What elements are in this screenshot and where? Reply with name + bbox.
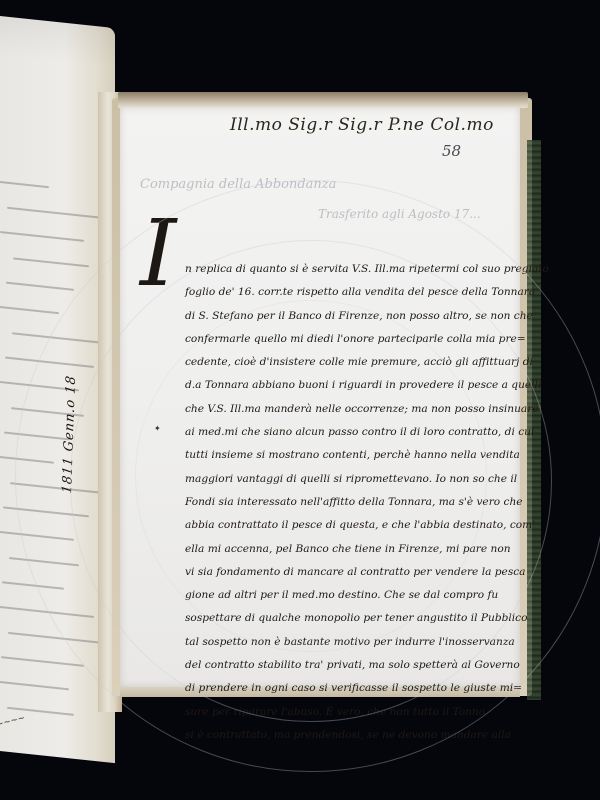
left-page-date-annotation: 1811 Genn.o 18 — [60, 374, 79, 494]
body-line: del contratto stabilito tra' privati, ma… — [185, 654, 530, 677]
left-page-faint-line — [2, 581, 64, 590]
left-page-faint-line — [0, 180, 49, 188]
left-page-faint-line — [9, 557, 79, 566]
left-page-faint-line — [12, 332, 109, 344]
left-page-shadow — [0, 15, 115, 68]
letter-salutation: Ill.mo Sig.r Sig.r P.ne Col.mo — [230, 115, 494, 135]
body-line: d.a Tonnara abbiano buoni i riguardi in … — [185, 374, 530, 397]
folio-number: 58 — [442, 142, 461, 160]
left-page-faint-line — [0, 606, 94, 618]
body-line: di prendere in ogni caso si verificasse … — [185, 677, 530, 700]
left-page-faint-line — [4, 431, 69, 440]
left-page-faint-line — [6, 282, 74, 291]
left-page-faint-line — [0, 231, 84, 242]
body-line: foglio de' 16. corr.te rispetto alla ven… — [185, 281, 530, 304]
left-page-faint-line — [0, 531, 74, 541]
body-line: vi sia fondamento di mancare al contratt… — [185, 561, 530, 584]
letter-body: n replica di quanto si è servita V.S. Il… — [185, 258, 530, 747]
left-page-faint-line — [13, 257, 89, 267]
body-line: n replica di quanto si è servita V.S. Il… — [185, 258, 530, 281]
body-line: sure per riparare l'abuso. È vero, che n… — [185, 701, 530, 724]
body-line: di S. Stefano per il Banco di Firenze, n… — [185, 305, 530, 328]
manuscript-photo: 1811 Genn.o 18 ~~~~ Ill.mo Sig.r Sig.r P… — [0, 0, 600, 800]
page-top-edge — [118, 92, 528, 108]
left-page-faint-line — [0, 680, 69, 690]
body-line: tal sospetto non è bastante motivo per i… — [185, 631, 530, 654]
body-line: Fondi sia interessato nell'affitto della… — [185, 491, 530, 514]
faint-note-2: Trasferito agli Agosto 17... — [318, 207, 481, 221]
body-line: si è contrattato, ma prendendosi, se ne … — [185, 724, 530, 747]
left-page-faint-line — [5, 357, 94, 368]
body-line: maggiori vantaggi di quelli si ripromett… — [185, 468, 530, 491]
body-line: abbia contrattato il pesce di questa, e … — [185, 514, 530, 537]
left-page-faint-line — [7, 207, 99, 219]
body-line: gione ad altri per il med.mo destino. Ch… — [185, 584, 530, 607]
left-page-bottom-scribble: ~~~~ — [0, 713, 27, 730]
margin-mark: ✦ — [154, 424, 161, 433]
body-line: sospettare di qualche monopolio per tene… — [185, 607, 530, 630]
left-page-faint-line — [0, 456, 54, 464]
body-line: che V.S. Ill.ma manderà nelle occorrenze… — [185, 398, 530, 421]
body-line: ella mi accenna, pel Banco che tiene in … — [185, 538, 530, 561]
faint-note-1: Compagnia della Abbondanza — [140, 177, 336, 192]
left-page-faint-line — [1, 656, 84, 667]
left-page-faint-line — [3, 506, 89, 517]
left-page-faint-line — [0, 306, 59, 314]
left-page-faint-line — [10, 482, 104, 494]
body-line: cedente, cioè d'insistere colle mie prem… — [185, 351, 530, 374]
body-line: ai med.mi che siano alcun passo contro i… — [185, 421, 530, 444]
body-line: tutti insieme si mostrano contenti, perc… — [185, 444, 530, 467]
left-page-faint-line — [8, 632, 99, 644]
body-line: confermarle quello mi diedi l'onore part… — [185, 328, 530, 351]
decorated-initial: I — [140, 208, 176, 300]
